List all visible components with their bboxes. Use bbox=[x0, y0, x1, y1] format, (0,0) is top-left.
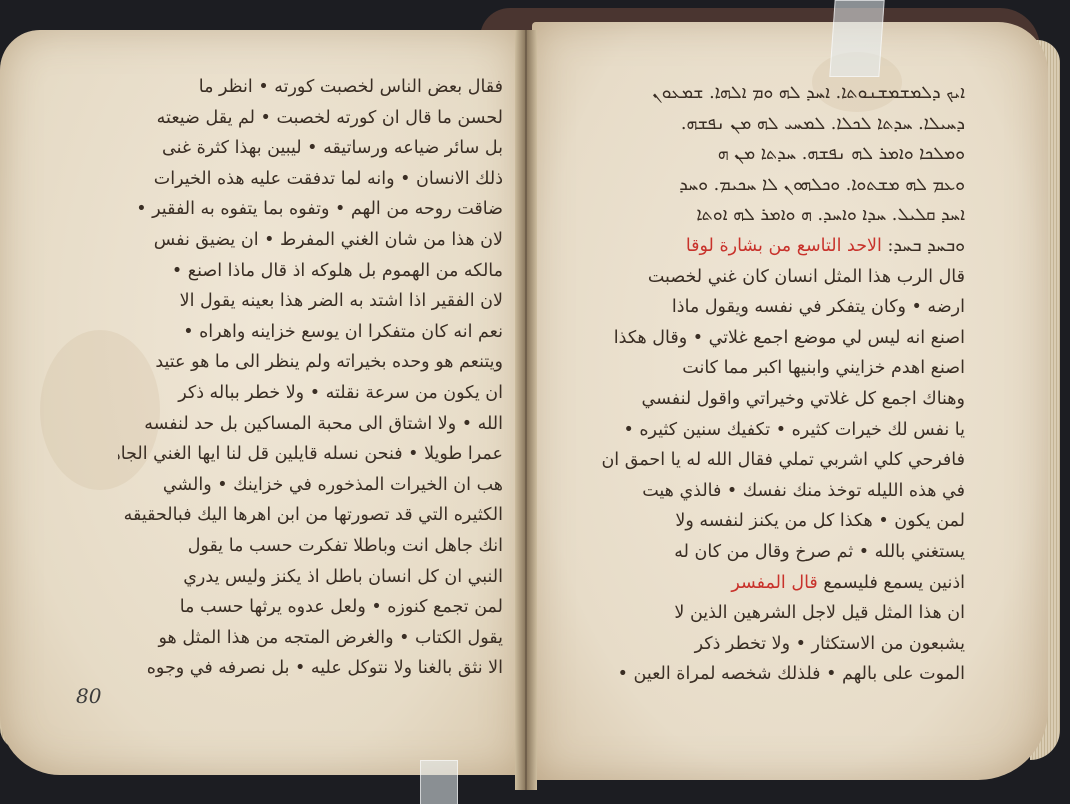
text-line: يستغني بالله • ثم صرخ وقال من كان له bbox=[555, 537, 965, 568]
rubric-heading-line: ܘܒܚܕ ܒܚܕ: الاحد التاسع من بشارة لوقا bbox=[555, 231, 965, 262]
syriac-prefix: ܘܒܚܕ ܒܚܕ: bbox=[887, 236, 965, 256]
text-line: الموت على بالهم • فلذلك شخصه لمراة العين… bbox=[555, 659, 965, 690]
text-line: مالكه من الهموم بل هلوكه اذ قال ماذا اصن… bbox=[118, 256, 503, 287]
rubric-commentator: قال المفسر bbox=[731, 573, 817, 593]
left-page-text: فقال بعض الناس لخصبت كورته • انظر ما لحس… bbox=[118, 72, 503, 684]
text-line: يشبعون من الاستكثار • ولا تخطر ذكر bbox=[555, 629, 965, 660]
text-line: ان يكون من سرعة نقلته • ولا خطر بباله ذك… bbox=[118, 378, 503, 409]
text-line: الله • ولا اشتاق الى محبة المساكين بل حد… bbox=[118, 409, 503, 440]
text-line: اصنع انه ليس لي موضع اجمع غلاتي • وقال ه… bbox=[555, 323, 965, 354]
text-line: الا نثق بالغنا ولا نتوكل عليه • بل نصرفه… bbox=[118, 653, 503, 684]
text-line: ضاقت روحه من الهم • وتفوه بما يتفوه به ا… bbox=[118, 194, 503, 225]
text-line: لمن يكون • هكذا كل من يكنز لنفسه ولا bbox=[555, 506, 965, 537]
text-line: هب ان الخيرات المذخوره في خزاينك • والشي bbox=[118, 470, 503, 501]
transparent-tape bbox=[420, 760, 458, 804]
syriac-line: ܐܝܟ ܕܠܡܫܡܫܢܘܬܐ. ܐܚܕ ܠܗ ܘܡ ܐܠܗܐ. ܫܡܥܘܢ bbox=[555, 78, 965, 109]
text-line: نعم انه كان متفكرا ان يوسع خزاينه واهراه… bbox=[118, 317, 503, 348]
text-line: ذلك الانسان • وانه لما تدفقت عليه هذه ال… bbox=[118, 164, 503, 195]
text-line: بل سائر ضياعه ورساتيقه • ليبين بهذا كثرة… bbox=[118, 133, 503, 164]
text-line: يقول الكتاب • والغرض المتجه من هذا المثل… bbox=[118, 623, 503, 654]
syriac-line: ܕܚܝܠܐ. ܚܕܬܐ ܠܟܠܐ. ܠܡܚܝ ܠܗ ܡܢ ܢܦܫܗ. bbox=[555, 109, 965, 140]
book-gutter bbox=[515, 30, 537, 790]
text-line: وهناك اجمع كل غلاتي وخيراتي واقول لنفسي bbox=[555, 384, 965, 415]
text-line: ويتنعم هو وحده بخيراته ولم ينظر الى ما ه… bbox=[118, 347, 503, 378]
text-line: ارضه • وكان يتفكر في نفسه ويقول ماذا bbox=[555, 292, 965, 323]
text-line: في هذه الليله توخذ منك نفسك • فالذي هيت bbox=[555, 476, 965, 507]
syriac-line: ܐܚܕ ܩܠܝܠ. ܚܕܐ ܘܐܚܕ. ܗ ܘܐܡܪ ܠܗ ܐܘܬܐ bbox=[555, 200, 965, 231]
syriac-line: ܘܡܠܟܐ ܘܐܡܪ ܠܗ ܢܦܫܗ. ܚܕܬܐ ܡܢ ܗ bbox=[555, 139, 965, 170]
transparent-tape bbox=[829, 0, 884, 77]
text-line: اصنع اهدم خزايني وابنيها اكبر مما كانت bbox=[555, 353, 965, 384]
text-line: فقال بعض الناس لخصبت كورته • انظر ما bbox=[118, 72, 503, 103]
rubric-heading: الاحد التاسع من بشارة لوقا bbox=[686, 236, 882, 256]
text-line: فافرحي كلي اشربي تملي فقال الله له يا اح… bbox=[555, 445, 965, 476]
syriac-line: ܘܥܡ ܠܗ ܡܫܬܘܐ. ܘܟܠܗܘܢ ܠܐ ܚܟܝܡ. ܘܚܕ bbox=[555, 170, 965, 201]
text-line: الكثيره التي قد تصورتها من ابن اهرها الي… bbox=[118, 500, 503, 531]
text-line: لمن تجمع كنوزه • ولعل عدوه يرثها حسب ما bbox=[118, 592, 503, 623]
text-line: عمرا طويلا • فنحن نسله قايلين قل لنا ايه… bbox=[118, 439, 503, 470]
right-page-text: ܐܝܟ ܕܠܡܫܡܫܢܘܬܐ. ܐܚܕ ܠܗ ܘܡ ܐܠܗܐ. ܫܡܥܘܢ ܕܚ… bbox=[555, 78, 965, 690]
text-line: لحسن ما قال ان كورته لخصبت • لم يقل ضيعت… bbox=[118, 103, 503, 134]
text-line: ان هذا المثل قيل لاجل الشرهين الذين لا bbox=[555, 598, 965, 629]
text-line: لان الفقير اذا اشتد به الضر هذا بعينه يق… bbox=[118, 286, 503, 317]
manuscript-photo: فقال بعض الناس لخصبت كورته • انظر ما لحس… bbox=[0, 0, 1070, 804]
folio-number: 80 bbox=[76, 684, 101, 708]
text-line: انك جاهل انت وباطلا تفكرت حسب ما يقول bbox=[118, 531, 503, 562]
text-line: لان هذا من شان الغني المفرط • ان يضيق نف… bbox=[118, 225, 503, 256]
text-segment: اذنين يسمع فليسمع bbox=[823, 573, 965, 593]
text-line: قال الرب هذا المثل انسان كان غني لخصبت bbox=[555, 262, 965, 293]
text-line: النبي ان كل انسان باطل اذ يكنز وليس يدري bbox=[118, 562, 503, 593]
rubric-line: اذنين يسمع فليسمع قال المفسر bbox=[555, 568, 965, 599]
text-line: يا نفس لك خيرات كثيره • تكفيك سنين كثيره… bbox=[555, 415, 965, 446]
